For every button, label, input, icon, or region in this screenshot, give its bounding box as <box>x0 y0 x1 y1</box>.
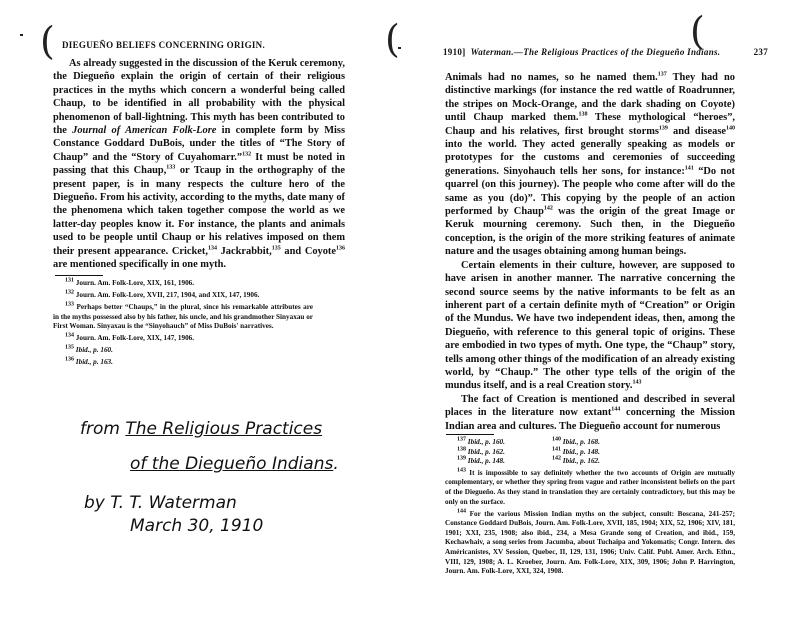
footnote: 135 Ibid., p. 160. <box>53 346 313 356</box>
footnote: 136 Ibid., p. 163. <box>53 358 313 368</box>
running-head: DIEGUEÑO BELIEFS CONCERNING ORIGIN. <box>62 40 265 50</box>
left-page: ( DIEGUEÑO BELIEFS CONCERNING ORIGIN. As… <box>0 0 400 629</box>
handwritten-author: by T. T. Waterman <box>84 492 237 514</box>
footnote: 144 For the various Mission Indian myths… <box>445 510 735 577</box>
short-footnotes: 137 Ibid., p. 160. 140 Ibid., p. 168. 13… <box>445 438 625 467</box>
binding-mark: ( <box>385 20 400 58</box>
footnote: 134 Journ. Am. Folk-Lore, XIX, 147, 1906… <box>53 334 313 344</box>
body-text: Animals had no names, so he named them.1… <box>445 71 735 433</box>
right-page: ( ( 1910] Waterman.—The Religious Practi… <box>400 0 807 629</box>
footnote: 131 Journ. Am. Folk-Lore, XIX, 161, 1906… <box>53 279 313 289</box>
binding-mark: ( <box>690 12 705 50</box>
footnote: 132 Journ. Am. Folk-Lore, XVII, 217, 190… <box>53 291 313 301</box>
binding-mark: ( <box>40 22 55 60</box>
scan-speck <box>20 34 23 36</box>
paragraph: As already suggested in the discussion o… <box>53 57 345 272</box>
footnote-rule <box>55 275 103 276</box>
footnotes: 131 Journ. Am. Folk-Lore, XIX, 161, 1906… <box>53 279 313 370</box>
footnote: 139 Ibid., p. 148. <box>445 457 530 467</box>
handwritten-date: March 30, 1910 <box>130 515 263 537</box>
footnotes: 137 Ibid., p. 160. 140 Ibid., p. 168. 13… <box>445 438 735 579</box>
footnote-rule <box>446 434 494 435</box>
running-head-title: Waterman.—The Religious Practices of the… <box>471 47 721 57</box>
body-text: As already suggested in the discussion o… <box>53 57 345 272</box>
paragraph: The fact of Creation is mentioned and de… <box>445 393 735 433</box>
footnote: 133 Perhaps better “Chaups,” in the plur… <box>53 303 313 332</box>
footnote: 143 It is impossible to say definitely w… <box>445 469 735 507</box>
handwritten-title: The Religious Practices <box>125 419 322 439</box>
paragraph: Animals had no names, so he named them.1… <box>445 71 735 259</box>
running-head: 1910] Waterman.—The Religious Practices … <box>443 47 768 57</box>
scan-speck <box>398 47 401 49</box>
paragraph: Certain elements in their culture, howev… <box>445 259 735 393</box>
page-number: 237 <box>754 47 768 57</box>
footnote: 142 Ibid., p. 162. <box>540 457 625 467</box>
